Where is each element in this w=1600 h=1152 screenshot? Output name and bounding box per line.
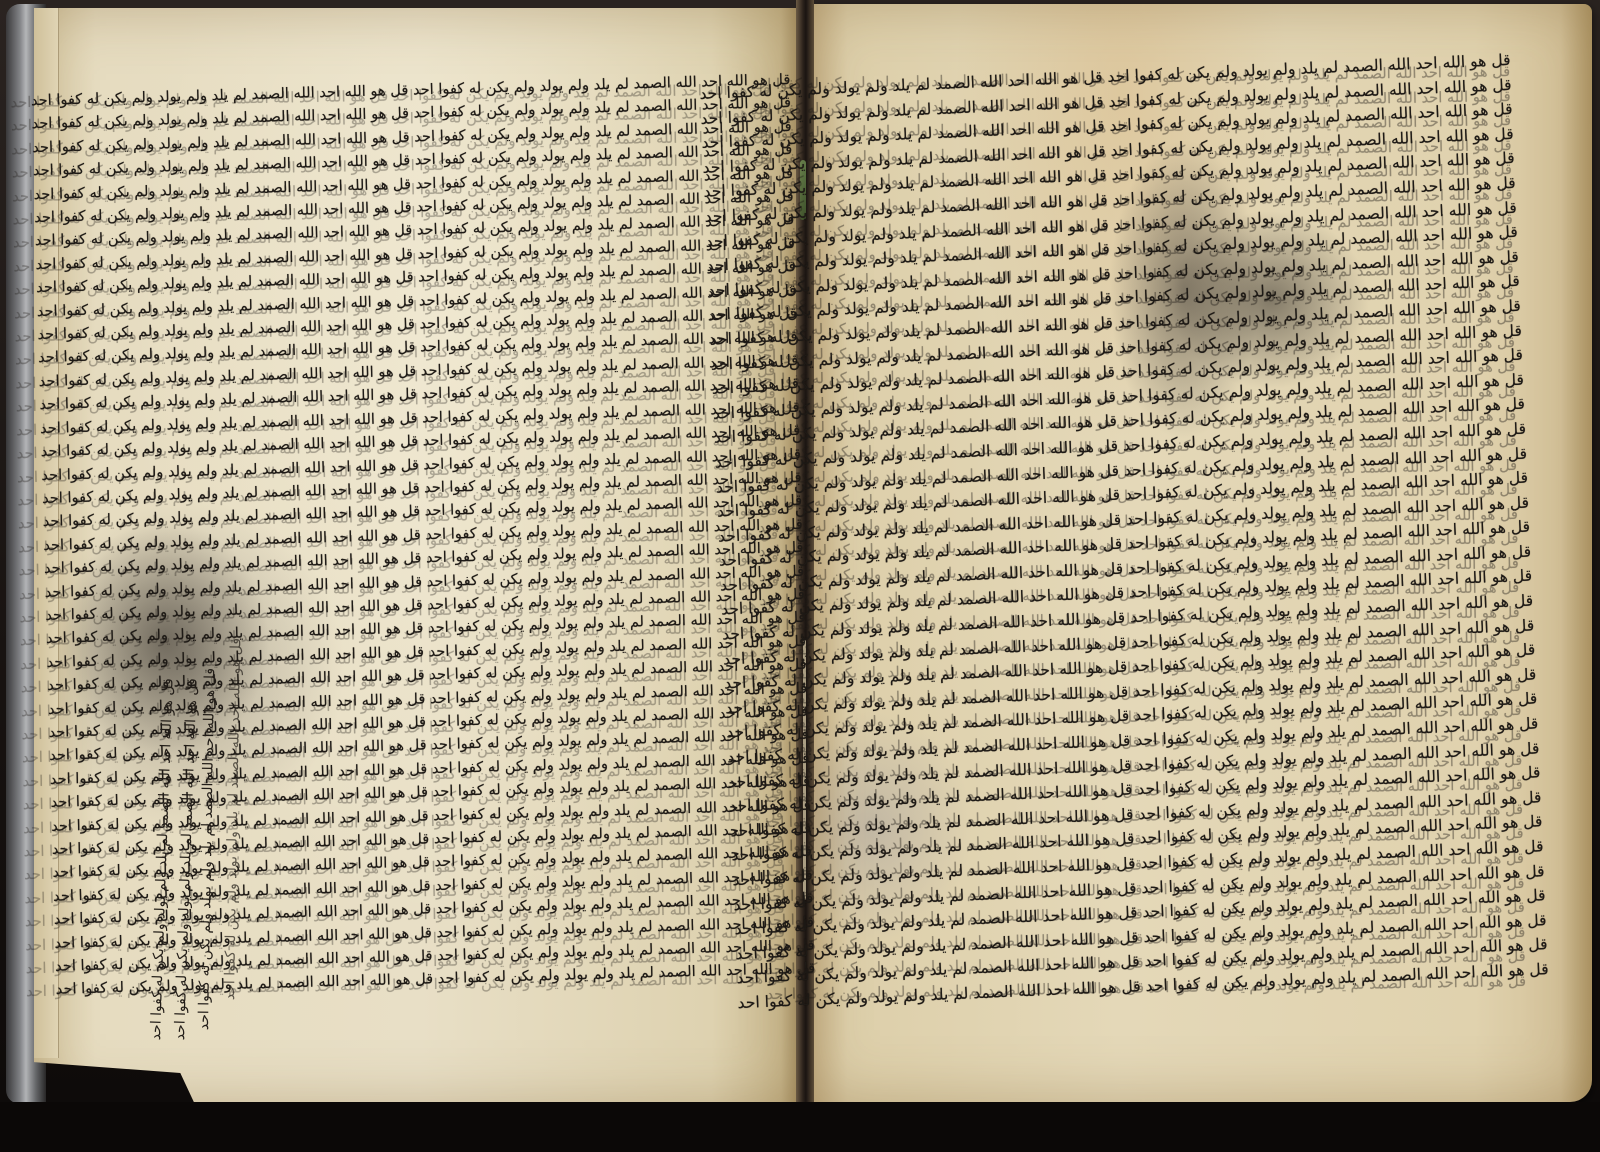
table-surface [0,1102,1600,1152]
right-page-text: قل هو الله احد الله الصمد لم يلد ولم يول… [891,48,1550,1008]
manuscript-photo: قل هو الله احد الله الصمد لم يلد ولم يول… [0,0,1600,1152]
